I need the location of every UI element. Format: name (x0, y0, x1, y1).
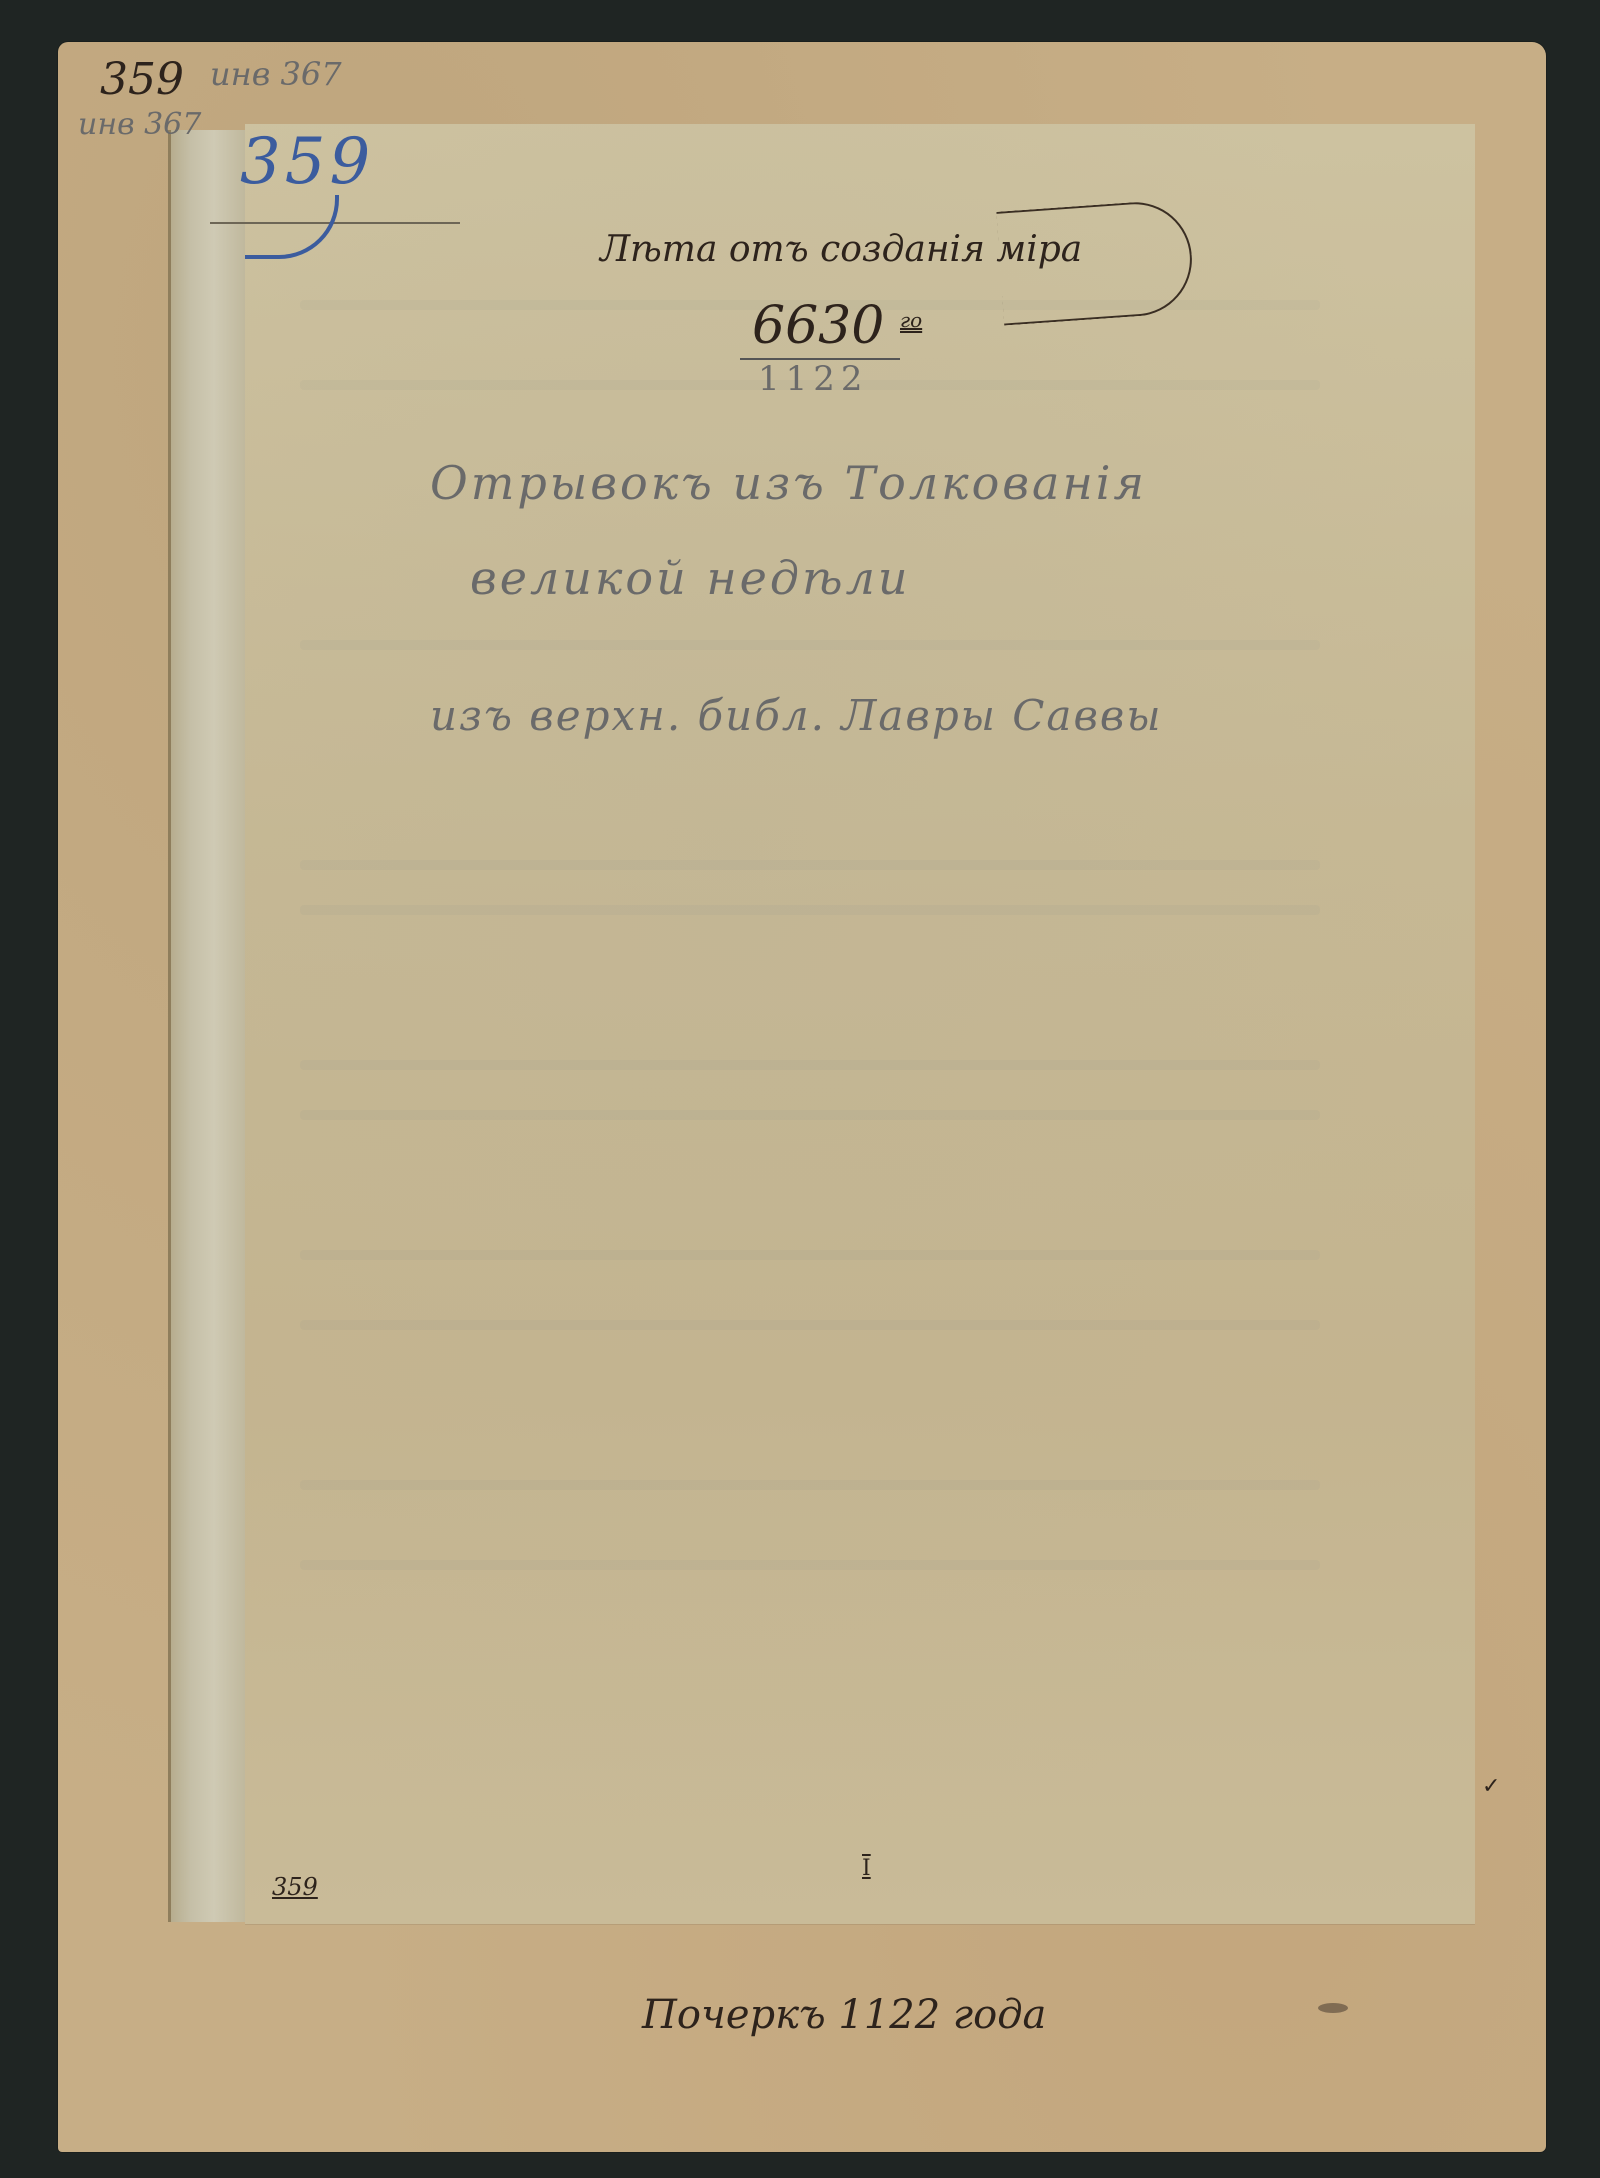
bleed-through-line (300, 1110, 1320, 1120)
inventory-number-left: инв 367 (78, 110, 201, 140)
year-suffix: го (900, 310, 922, 330)
year-anno-domini: 1122 (758, 362, 869, 396)
mount-caption: Почеркъ 1122 года (642, 1995, 1046, 2035)
year-anno-mundi: 6630 (752, 300, 884, 352)
bleed-through-line (300, 905, 1320, 915)
description-line-1: Отрывокъ изъ Толкованія (430, 460, 1147, 506)
corner-ink-number: 359 (100, 58, 184, 102)
sheet-page-number: 359 (272, 1875, 318, 1899)
bleed-through-line (300, 1250, 1320, 1260)
bleed-through-line (300, 860, 1320, 870)
inventory-number-top: инв 367 (210, 58, 342, 90)
bleed-through-line (300, 640, 1320, 650)
blue-folio-number: 359 (240, 130, 374, 194)
bleed-through-line (300, 1480, 1320, 1490)
bleed-through-line (300, 1060, 1320, 1070)
bleed-through-line (300, 1560, 1320, 1570)
tissue-spine-strip (168, 130, 249, 1922)
sheet-roman-numeral: I (862, 1858, 871, 1880)
check-mark-icon: ✓ (1482, 1776, 1500, 1798)
ink-smudge (1318, 2003, 1348, 2013)
bleed-through-line (300, 1320, 1320, 1330)
description-line-2: великой недѣли (470, 555, 911, 601)
description-line-3: изъ верхн. библ. Лавры Саввы (430, 695, 1163, 737)
title-flourish (996, 198, 1195, 325)
